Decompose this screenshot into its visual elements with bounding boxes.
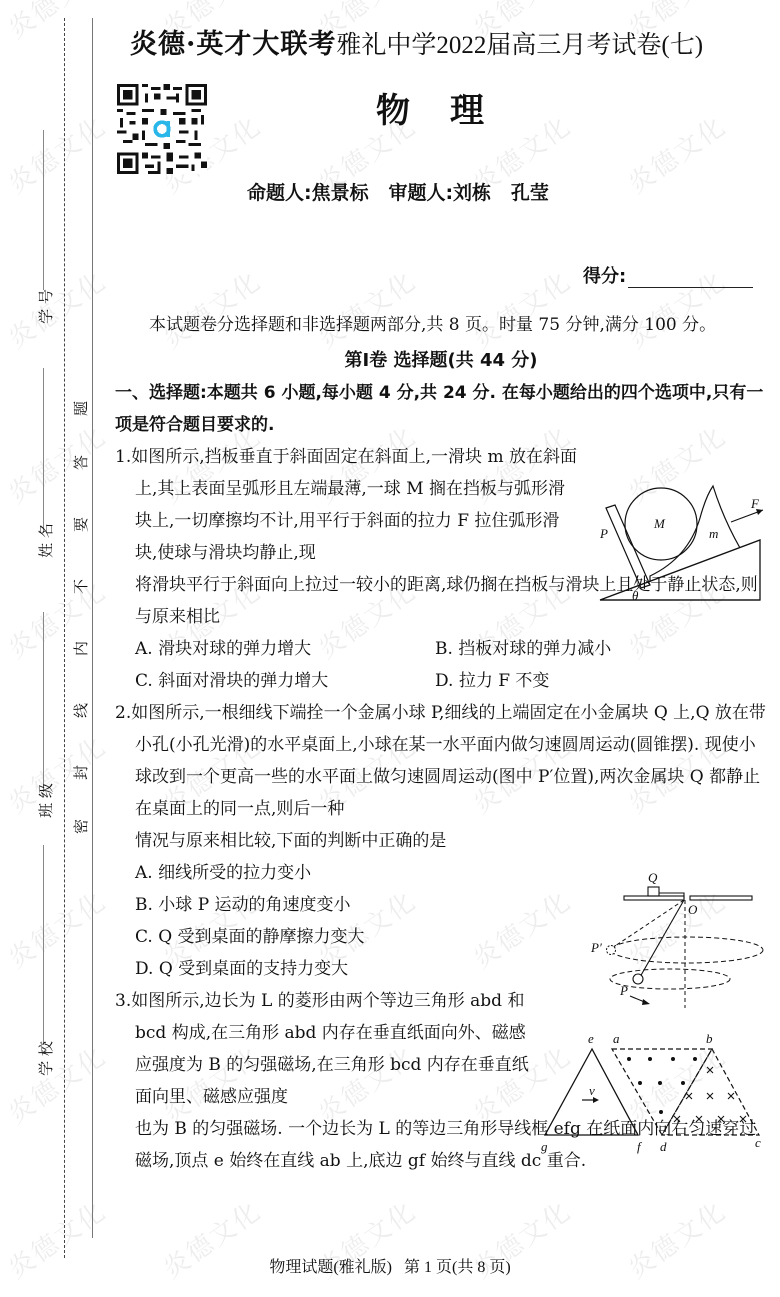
option-b[interactable]: B. 挡板对球的弹力减小 xyxy=(435,633,735,665)
watermark-text: 炎德文化 xyxy=(775,106,780,201)
label-P: P xyxy=(619,983,628,998)
question-2-text-cont: 情况与原来相比较,下面的判断中正确的是 xyxy=(115,825,767,857)
score-label: 得分: xyxy=(583,262,626,288)
section-instruction: 一、选择题:本题共 6 小题,每小题 4 分,共 24 分. 在每小题给出的四个… xyxy=(115,377,767,441)
label-O: O xyxy=(688,902,698,917)
exam-title: 雅礼中学2022届高三月考试卷(七) xyxy=(336,32,703,59)
authors-line: 命题人:焦景标 审题人:刘栋 孔莹 xyxy=(247,178,549,205)
watermark-text: 炎德文化 xyxy=(775,0,780,46)
option-c[interactable]: C. 斜面对滑块的弹力增大 xyxy=(135,665,435,697)
label-b: b xyxy=(706,1031,713,1046)
fold-line-dotted xyxy=(64,18,65,1258)
name-label: 姓 名 xyxy=(28,530,63,551)
watermark-text: 炎德文化 xyxy=(775,261,780,356)
intro-paragraph: 本试题卷分选择题和非选择题两部分,共 8 页。时量 75 分钟,满分 100 分… xyxy=(115,309,767,341)
seal-char: 封 xyxy=(73,762,88,783)
question-2-text: 2.如图所示,一根细线下端拴一个金属小球 P,细线的上端固定在小金属块 Q 上,… xyxy=(115,697,767,825)
seal-char: 答 xyxy=(73,452,88,473)
seal-char: 题 xyxy=(73,398,88,419)
label-d: d xyxy=(660,1139,667,1154)
page-footer: 物理试题(雅礼版) 第 1 页(共 8 页) xyxy=(0,1254,780,1277)
question-3-figure: e a b v g f d c xyxy=(533,1027,778,1155)
school-blank[interactable] xyxy=(43,845,44,1045)
class-blank[interactable] xyxy=(43,612,44,792)
seal-char: 内 xyxy=(73,638,88,659)
student-id-line xyxy=(43,130,44,290)
label-Q: Q xyxy=(648,870,658,885)
watermark-text: 炎德文化 xyxy=(775,726,780,821)
label-a: a xyxy=(613,1031,620,1046)
label-m: m xyxy=(709,526,718,541)
seal-char: 线 xyxy=(73,700,88,721)
label-v: v xyxy=(589,1083,595,1098)
seal-char: 要 xyxy=(73,514,88,535)
seal-char: 不 xyxy=(73,576,88,597)
qr-code-icon[interactable] xyxy=(117,84,207,174)
question-1-figure: P M m F θ xyxy=(588,478,778,603)
label-theta: θ xyxy=(632,588,639,603)
label-F: F xyxy=(750,496,760,511)
question-1-text: 1.如图所示,挡板垂直于斜面固定在斜面上,一滑块 m 放在斜面上,其上表面呈弧形… xyxy=(115,441,580,569)
student-id-label: 学 号 xyxy=(28,296,63,317)
section-title: 第Ⅰ卷 选择题(共 44 分) xyxy=(115,345,767,377)
school-label: 学 校 xyxy=(28,1048,63,1069)
score-field: 得分: xyxy=(583,262,753,288)
label-f: f xyxy=(637,1139,643,1154)
score-blank[interactable] xyxy=(628,266,753,288)
option-a[interactable]: A. 滑块对球的弹力增大 xyxy=(135,633,435,665)
label-c: c xyxy=(755,1135,761,1150)
question-1-options: A. 滑块对球的弹力增大 B. 挡板对球的弹力减小 C. 斜面对滑块的弹力增大 … xyxy=(115,633,767,697)
label-P-prime: P′ xyxy=(590,940,602,955)
label-M: M xyxy=(653,516,666,531)
brand-name: 炎德·英才大联考 xyxy=(130,29,336,60)
watermark-text: 炎德文化 xyxy=(620,106,733,201)
class-label: 班 级 xyxy=(28,790,63,811)
subject-title: 物理 xyxy=(376,83,524,132)
option-d[interactable]: D. 拉力 F 不变 xyxy=(435,665,735,697)
margin-border-line xyxy=(92,18,93,1238)
name-blank[interactable] xyxy=(43,368,44,533)
seal-char: 密 xyxy=(73,816,88,837)
question-3-text: 3.如图所示,边长为 L 的菱形由两个等边三角形 abd 和 bcd 构成,在三… xyxy=(115,985,535,1113)
exam-header: 炎德·英才大联考雅礼中学2022届高三月考试卷(七) xyxy=(130,22,703,61)
label-g: g xyxy=(541,1139,548,1154)
question-2-figure: Q O P′ P xyxy=(582,862,777,1010)
binding-margin: 学 号 姓 名 班 级 学 校 题 答 要 不 内 线 封 密 xyxy=(0,0,100,1297)
label-P: P xyxy=(599,526,608,541)
label-e: e xyxy=(588,1031,594,1046)
